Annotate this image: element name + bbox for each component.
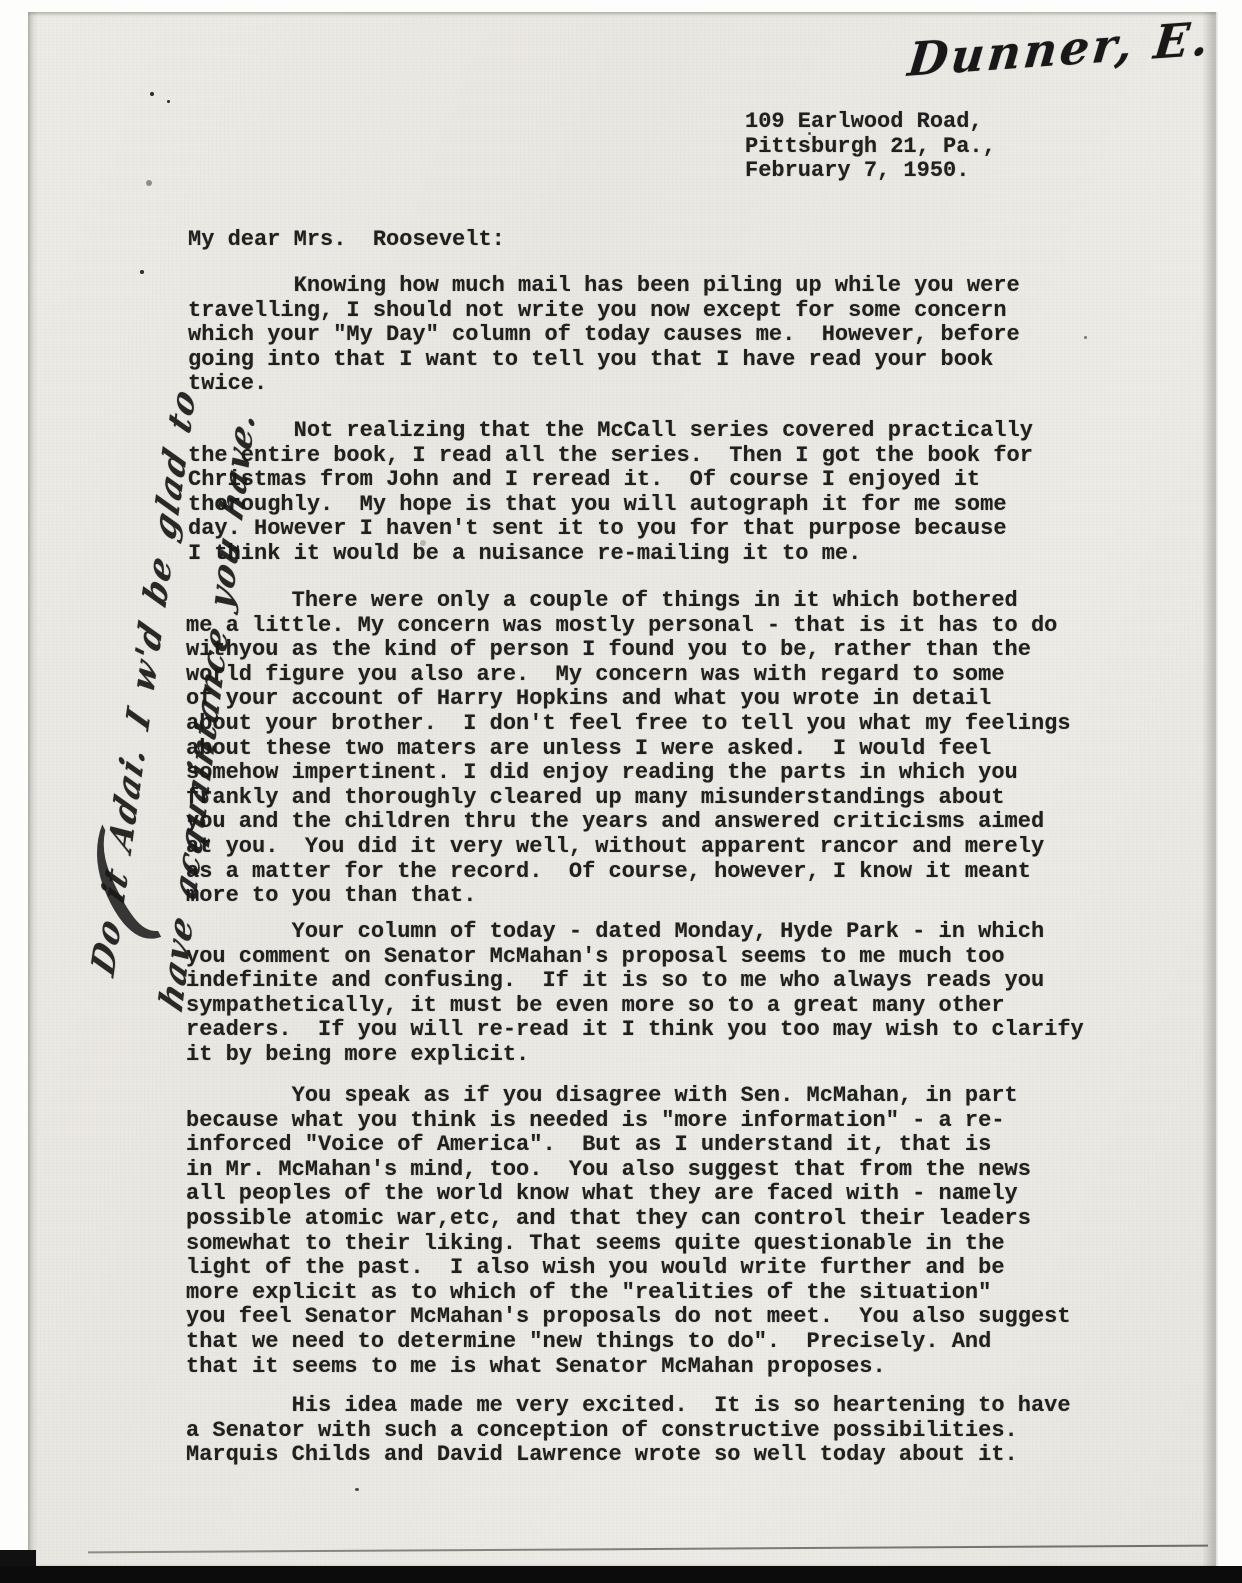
ink-speck [808, 132, 811, 135]
ink-speck [146, 180, 152, 186]
scan-artifact [0, 1550, 36, 1566]
filing-annotation-handwritten: Dunner, E. [906, 11, 1214, 87]
scanned-letter-page: Dunner, E. 109 Earlwood Road, Pittsburgh… [28, 12, 1216, 1566]
scanner-black-band [0, 1566, 1242, 1583]
paragraph-4: Your column of today - dated Monday, Hyd… [186, 920, 1084, 1068]
ink-speck [355, 1488, 359, 1491]
paragraph-6: His idea made me very excited. It is so … [186, 1394, 1071, 1468]
page-bottom-edge [88, 1545, 1208, 1554]
ink-speck [140, 270, 144, 274]
ink-speck [167, 100, 170, 103]
paragraph-5: You speak as if you disagree with Sen. M… [186, 1084, 1071, 1379]
paragraph-2: Not realizing that the McCall series cov… [188, 419, 1033, 567]
salutation: My dear Mrs. Roosevelt: [188, 228, 505, 253]
ink-speck [420, 540, 426, 546]
ink-speck [150, 92, 154, 96]
ink-speck [1084, 336, 1087, 339]
paragraph-3: There were only a couple of things in it… [186, 589, 1071, 909]
paragraph-1: Knowing how much mail has been piling up… [188, 274, 1020, 397]
sender-address-date-block: 109 Earlwood Road, Pittsburgh 21, Pa., F… [745, 110, 996, 184]
